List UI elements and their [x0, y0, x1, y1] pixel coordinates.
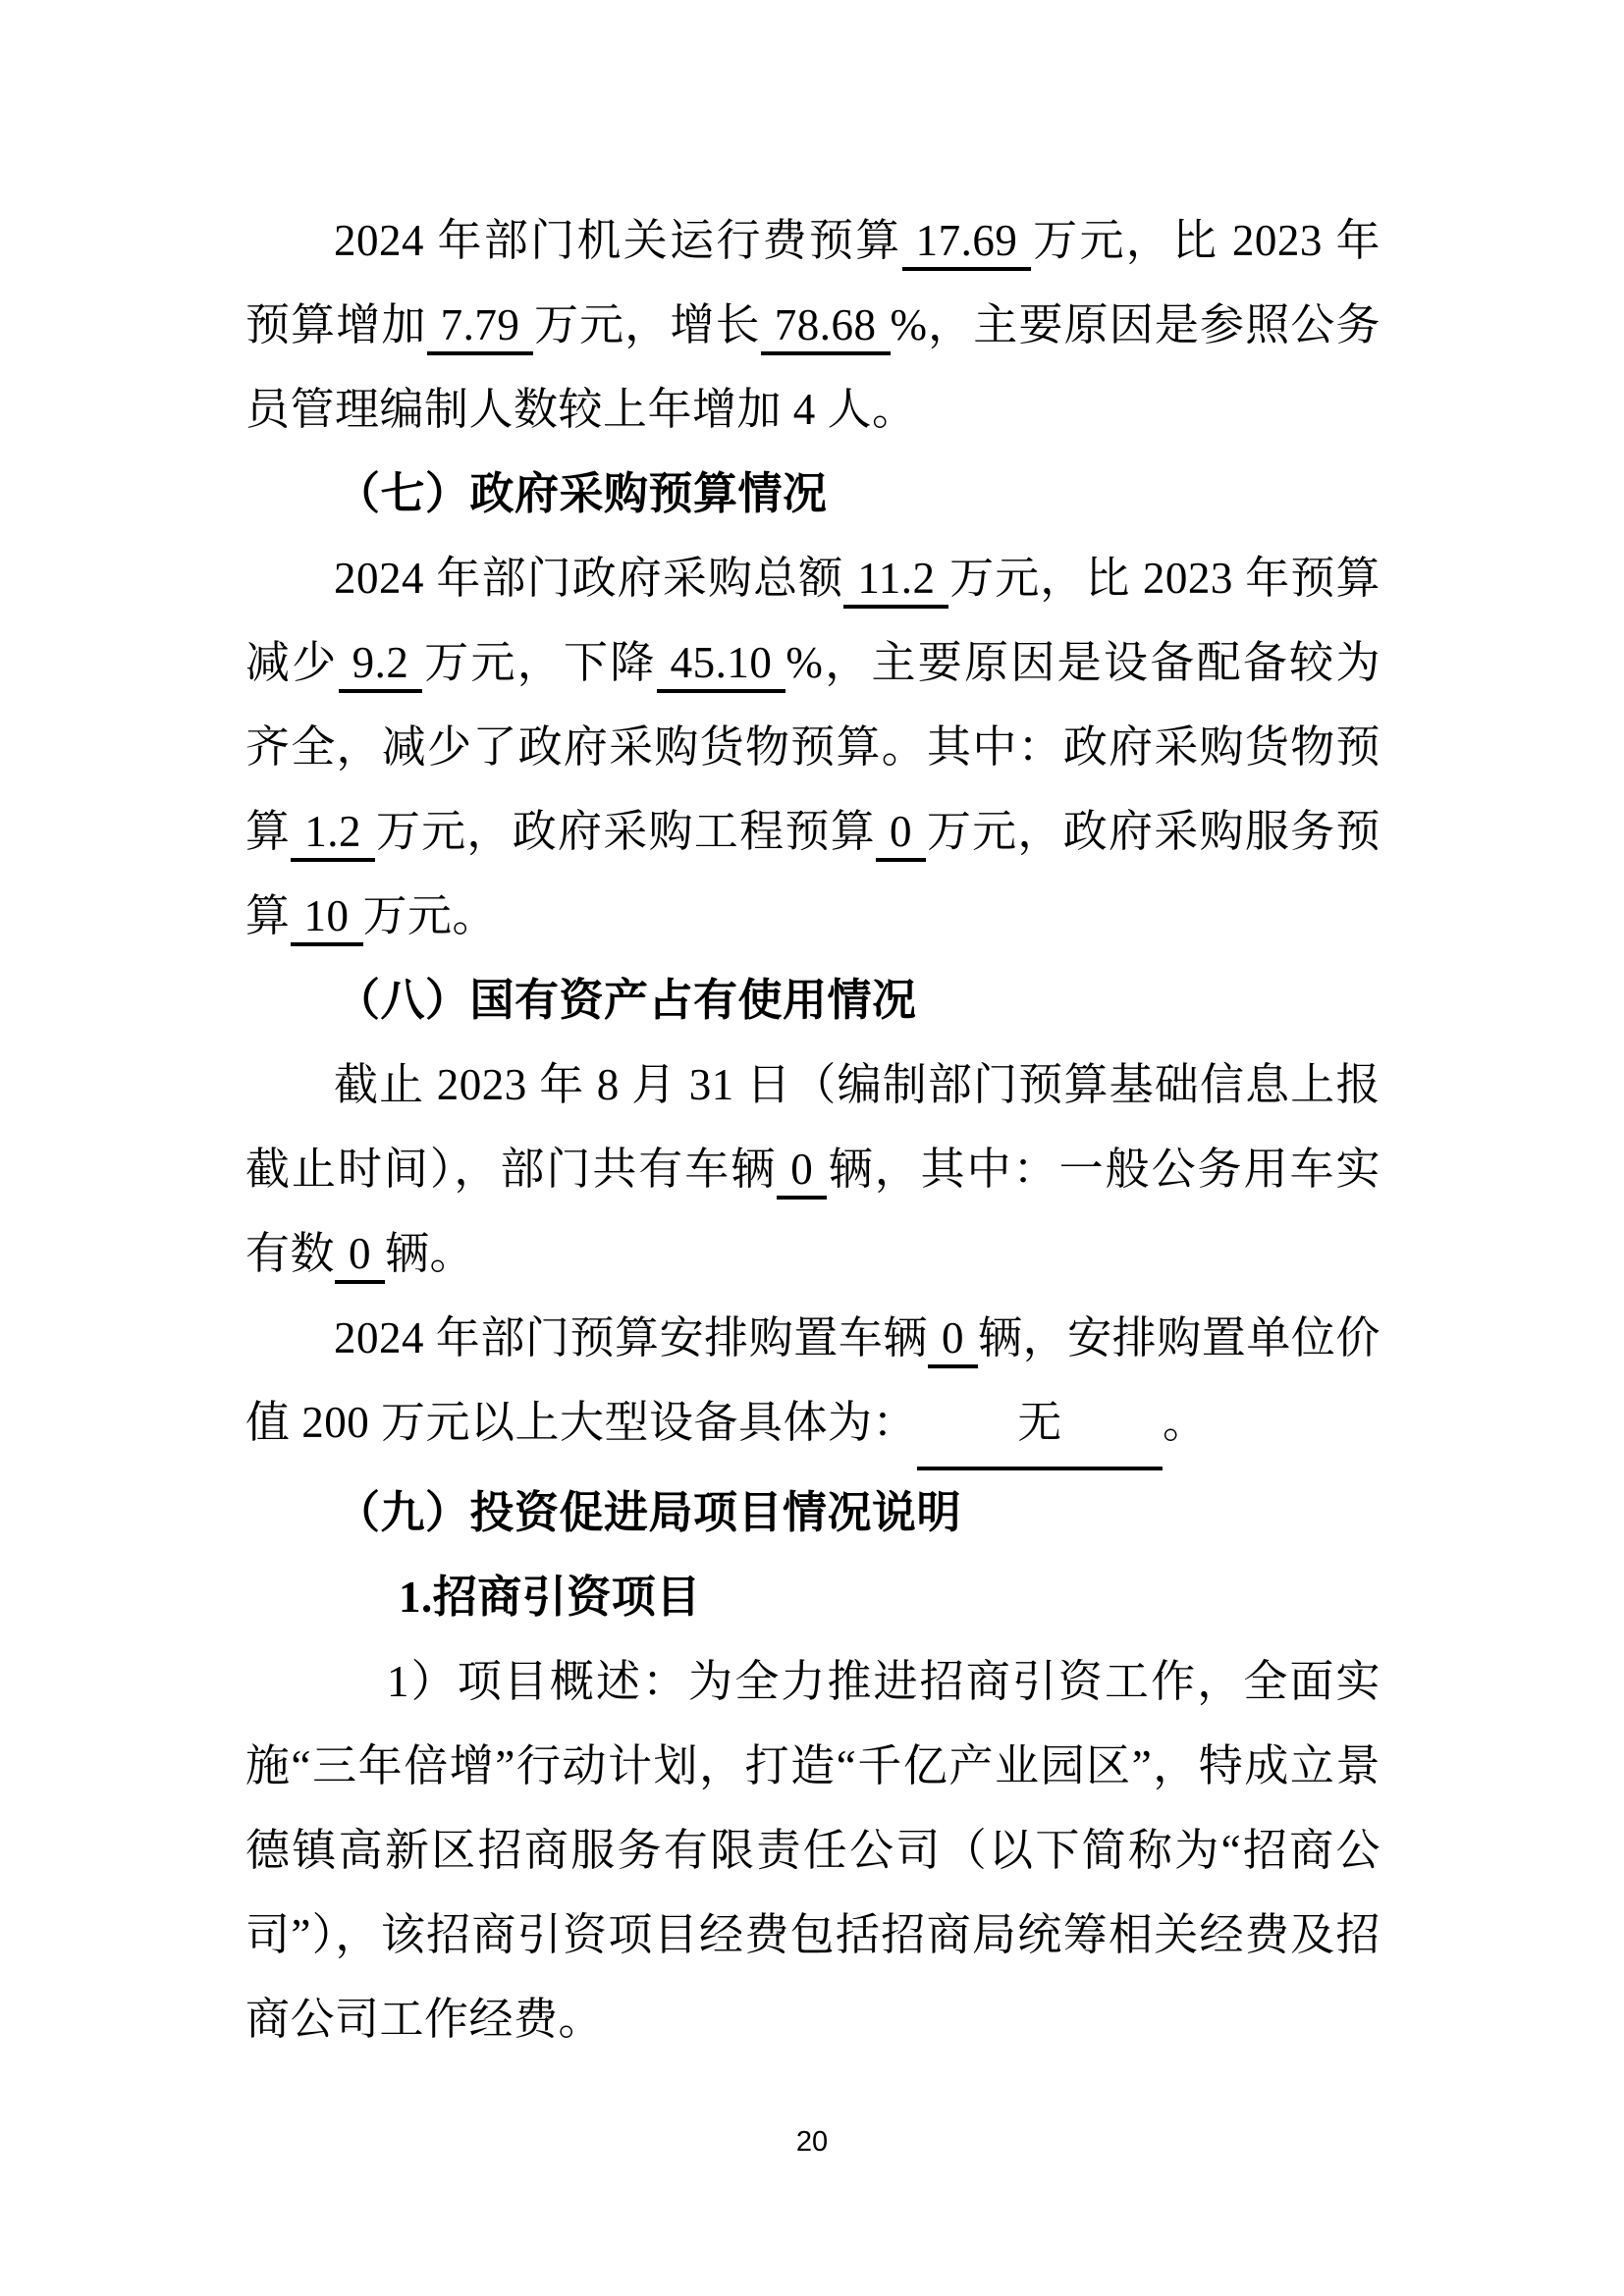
paragraph: 2024 年部门机关运行费预算17.69万元，比 2023 年预算增加7.79万…	[245, 198, 1380, 452]
text-segment: 辆。	[385, 1229, 474, 1278]
underlined-value: 无	[917, 1380, 1163, 1470]
underlined-value: 9.2	[339, 638, 423, 693]
underlined-value: 0	[335, 1229, 385, 1284]
section-heading: （九）投资促进局项目情况说明	[245, 1470, 1380, 1555]
text-segment: 万元，增长	[533, 300, 760, 349]
text-segment: 。	[1163, 1398, 1208, 1447]
underlined-value: 0	[876, 807, 926, 862]
text-segment: （八）国有资产占有使用情况	[336, 976, 917, 1025]
text-segment: 万元。	[363, 891, 498, 940]
underlined-value: 0	[928, 1313, 978, 1368]
text-segment: 1）项目概述：为全力推进招商引资工作，全面实施“三年倍增”行动计划，打造“千亿产…	[245, 1657, 1380, 2044]
text-segment: （七）政府采购预算情况	[336, 469, 828, 518]
paragraph: 1）项目概述：为全力推进招商引资工作，全面实施“三年倍增”行动计划，打造“千亿产…	[245, 1639, 1380, 2061]
text-segment: 万元，政府采购工程预算	[375, 807, 876, 856]
underlined-value: 78.68	[761, 300, 891, 355]
section-heading: 1.招商引资项目	[245, 1555, 1380, 1639]
text-segment: 2024 年部门政府采购总额	[334, 554, 843, 603]
page-number: 20	[0, 2122, 1624, 2162]
underlined-value: 45.10	[657, 638, 786, 693]
text-segment: 1.招商引资项目	[399, 1573, 701, 1622]
section-heading: （七）政府采购预算情况	[245, 452, 1380, 536]
text-segment: 2024 年部门预算安排购置车辆	[334, 1313, 928, 1362]
text-segment: 万元，下降	[422, 638, 656, 687]
underlined-value: 1.2	[291, 807, 375, 862]
paragraph: 截止 2023 年 8 月 31 日（编制部门预算基础信息上报截止时间），部门共…	[245, 1042, 1380, 1296]
underlined-value: 0	[777, 1145, 827, 1200]
document-body: 2024 年部门机关运行费预算17.69万元，比 2023 年预算增加7.79万…	[245, 198, 1380, 2061]
text-segment: 2024 年部门机关运行费预算	[334, 216, 902, 265]
underlined-value: 10	[291, 891, 363, 946]
underlined-value: 11.2	[843, 554, 948, 609]
text-segment: （九）投资促进局项目情况说明	[336, 1488, 961, 1537]
underlined-value: 7.79	[427, 300, 534, 355]
paragraph: 2024 年部门政府采购总额11.2万元，比 2023 年预算减少9.2万元，下…	[245, 536, 1380, 958]
paragraph: 2024 年部门预算安排购置车辆0辆，安排购置单位价值 200 万元以上大型设备…	[245, 1296, 1380, 1470]
document-page: { "page": { "number": "20" }, "document"…	[0, 0, 1624, 2296]
section-heading: （八）国有资产占有使用情况	[245, 958, 1380, 1042]
underlined-value: 17.69	[902, 216, 1032, 271]
